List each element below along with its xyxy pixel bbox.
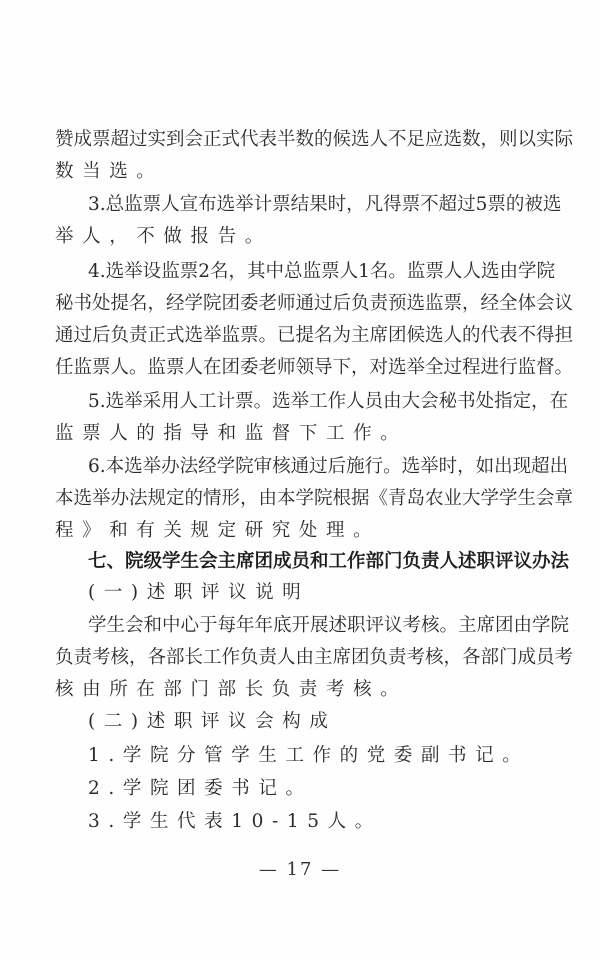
body-text-line: 通过后负责正式选举监票。已提名为主席团候选人的代表不得担 bbox=[55, 320, 555, 352]
body-text-line: 举人，不做报告。 bbox=[55, 221, 555, 253]
body-text-line: 核由所在部门部长负责考核。 bbox=[55, 674, 555, 706]
body-text-line: 任监票人。监票人在团委老师领导下，对选举全过程进行监督。 bbox=[55, 352, 555, 384]
document-page: 赞成票超过实到会正式代表半数的候选人不足应选数，则以实际 数当选。 3.总监票人… bbox=[0, 0, 600, 960]
section-heading: 七、院级学生会主席团成员和工作部门负责人述职评议办法 bbox=[88, 546, 555, 578]
body-text-line: 赞成票超过实到会正式代表半数的候选人不足应选数，则以实际 bbox=[55, 124, 555, 156]
body-text-line: 本选举办法规定的情形，由本学院根据《青岛农业大学学生会章 bbox=[55, 483, 555, 515]
body-text-line: 程》和有关规定研究处理。 bbox=[55, 515, 555, 547]
body-text-line: 负责考核，各部长工作负责人由主席团负责考核，各部门成员考 bbox=[55, 642, 555, 674]
subsection-heading: (一)述职评议说明 bbox=[88, 577, 555, 609]
subsection-heading: (二)述职评议会构成 bbox=[88, 706, 555, 738]
list-item-3-line: 3.总监票人宣布选举计票结果时，凡得票不超过5票的被选 bbox=[88, 189, 555, 221]
list-item-1-line: 1.学院分管学生工作的党委副书记。 bbox=[88, 740, 555, 772]
page-number: — 17 — bbox=[0, 856, 600, 884]
list-item-2-line: 2.学院团委书记。 bbox=[88, 773, 555, 805]
list-item-5-line: 5.选举采用人工计票。选举工作人员由大会秘书处指定，在 bbox=[88, 386, 555, 418]
list-item-4-line: 4.选举设监票2名，其中总监票人1名。监票人人选由学院 bbox=[88, 256, 555, 288]
list-item-6-line: 6.本选举办法经学院审核通过后施行。选举时，如出现超出 bbox=[88, 451, 555, 483]
body-text-line: 秘书处提名，经学院团委老师通过后负责预选监票，经全体会议 bbox=[55, 288, 555, 320]
list-item-3-line: 3.学生代表10-15人。 bbox=[88, 806, 555, 838]
body-text-line: 数当选。 bbox=[55, 156, 555, 188]
body-text-line: 学生会和中心于每年年底开展述职评议考核。主席团由学院 bbox=[88, 610, 555, 642]
body-text-line: 监票人的指导和监督下工作。 bbox=[55, 418, 555, 450]
